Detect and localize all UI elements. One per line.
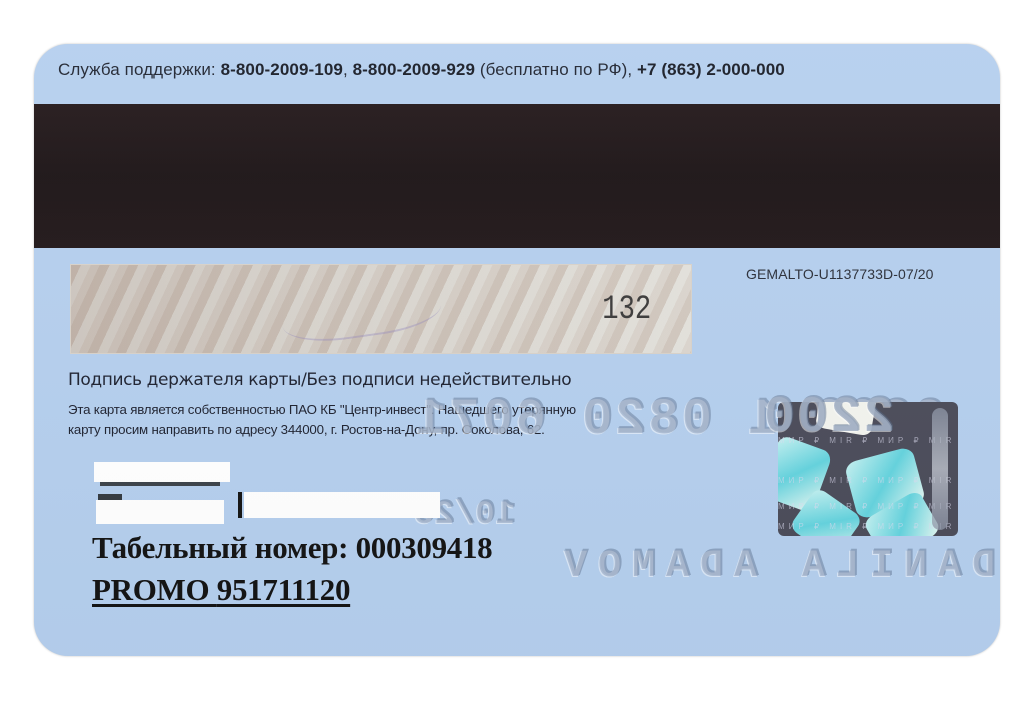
hologram-text: МИР ₽ MIR ₽ МИР ₽ MIR — [778, 476, 958, 485]
employee-number-value: 000309418 — [356, 530, 493, 565]
promo-value: 951711120 — [217, 572, 350, 607]
support-separator: , — [343, 60, 353, 79]
magnetic-stripe — [34, 104, 1000, 248]
hologram-strip — [932, 408, 948, 530]
support-label: Служба поддержки: — [58, 60, 221, 79]
promo-label: PROMO — [92, 572, 217, 607]
employee-number-label: Табельный номер: — [92, 530, 356, 565]
signature-scribble — [278, 272, 444, 348]
support-phone-1: 8-800-2009-109 — [221, 60, 343, 79]
support-phones: Служба поддержки: 8-800-2009-109, 8-800-… — [58, 60, 988, 80]
signature-panel: 132 — [70, 264, 692, 354]
chip-manufacturer-id: GEMALTO-U1137733D-07/20 — [746, 266, 934, 282]
promo-code: PROMO 951711120 — [92, 572, 350, 608]
support-phone-2: 8-800-2009-929 — [353, 60, 475, 79]
embossed-code: 2200 — [762, 388, 895, 447]
hologram-text: МИР ₽ MIR ₽ МИР ₽ MIR — [778, 502, 958, 511]
support-phone-3: +7 (863) 2-000-000 — [637, 60, 785, 79]
support-note: (бесплатно по РФ), — [475, 60, 637, 79]
redaction-box — [244, 492, 440, 518]
employee-number: Табельный номер: 000309418 — [92, 530, 492, 566]
hologram-text: МИР ₽ MIR ₽ МИР ₽ MIR — [778, 522, 958, 531]
redacted-text-fragment — [238, 492, 242, 518]
cvv-code: 132 — [602, 291, 651, 329]
redaction-box — [96, 500, 224, 524]
redaction-box — [94, 462, 230, 482]
embossed-cardholder: DANILA ADAMOV — [554, 544, 996, 589]
bank-card-back: Служба поддержки: 8-800-2009-109, 8-800-… — [34, 44, 1000, 656]
signature-label: Подпись держателя карты/Без подписи неде… — [68, 370, 571, 390]
